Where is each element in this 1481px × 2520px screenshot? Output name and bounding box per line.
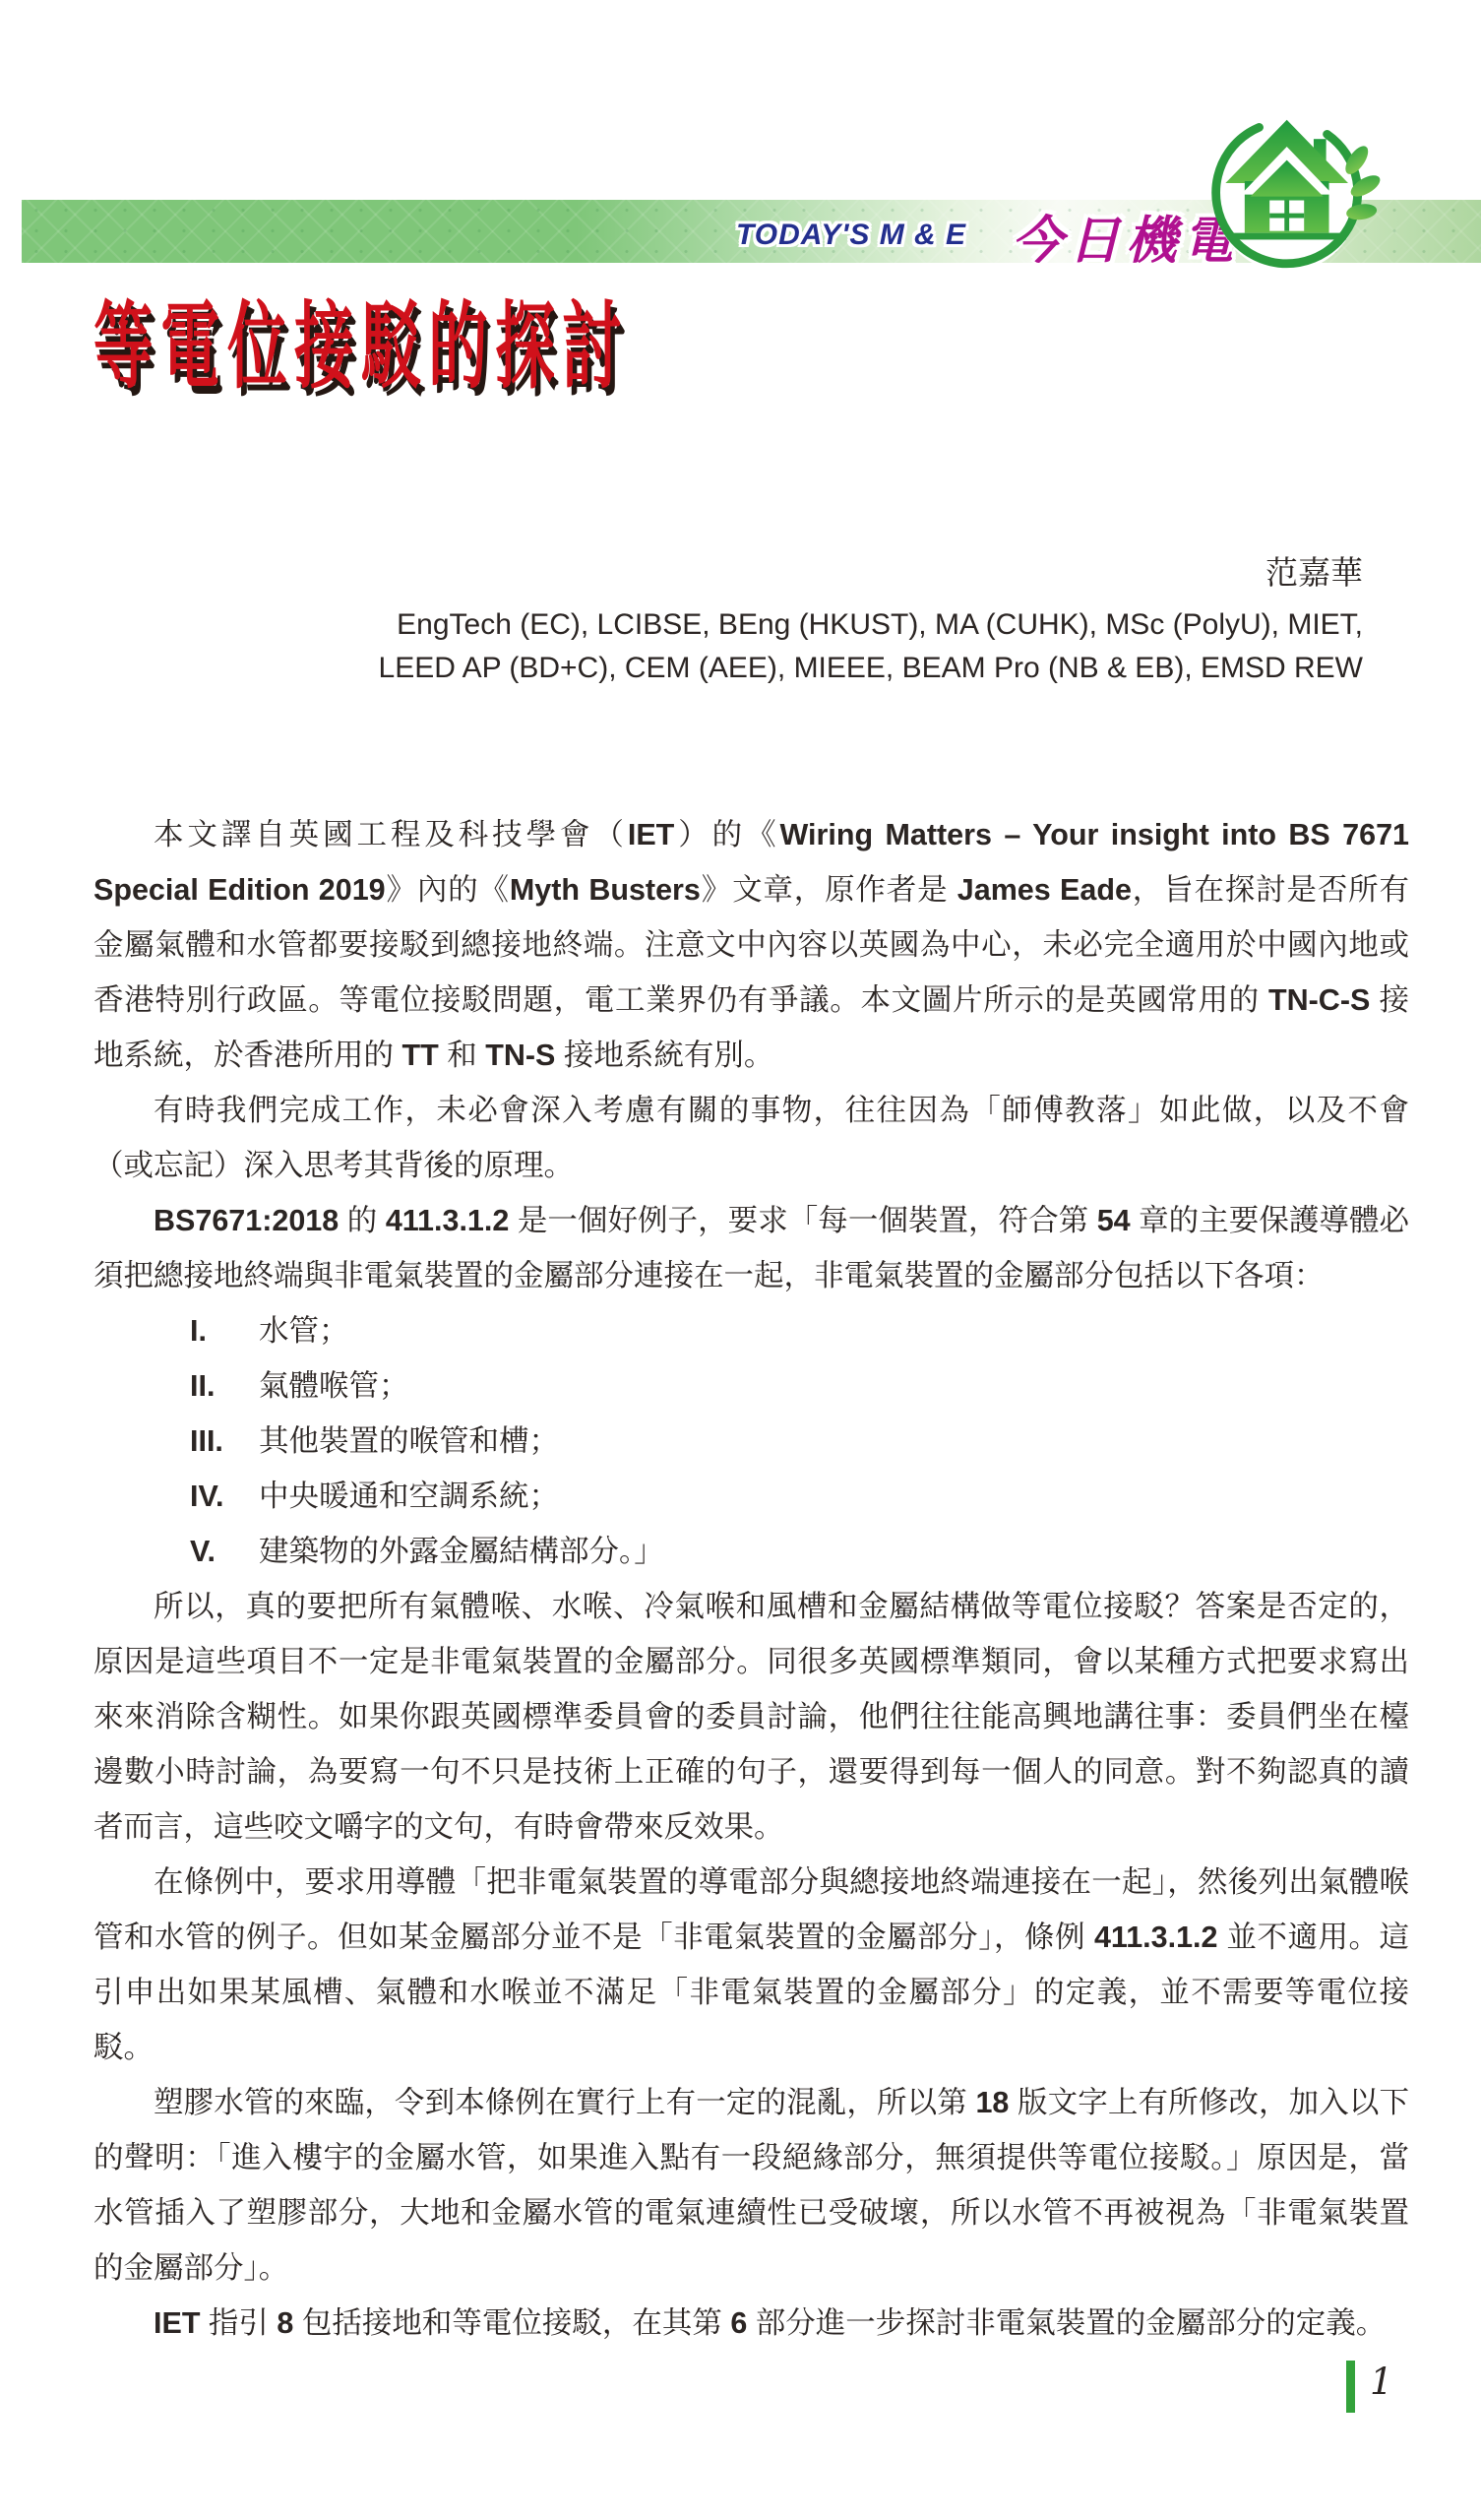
list-item-numeral: II. [190,1358,259,1414]
eco-house-logo-icon [1203,85,1385,282]
magazine-page: TODAY'S M & E 今日機電 [0,0,1481,2520]
paragraph: BS7671:2018 的 411.3.1.2 是一個好例子，要求「每一個裝置，… [93,1193,1409,1303]
list-item-text: 其他裝置的喉管和槽； [259,1414,559,1469]
list-item: II.氣體喉管； [93,1358,1409,1414]
paragraph: IET 指引 8 包括接地和等電位接駁，在其第 6 部分進一步探討非電氣裝置的金… [93,2296,1409,2351]
author-credentials-line1: EngTech (EC), LCIBSE, BEng (HKUST), MA (… [379,603,1363,647]
article-title: 等電位接駁的探討 [93,287,629,406]
list-item-numeral: III. [190,1414,259,1469]
author-credentials-line2: LEED AP (BD+C), CEM (AEE), MIEEE, BEAM P… [379,647,1363,690]
list-item-text: 建築物的外露金屬結構部分。」 [259,1524,664,1579]
page-number: 1 [1370,2361,1393,2403]
list-item-text: 水管； [259,1303,349,1358]
author-name: 范嘉華 [379,547,1363,594]
paragraph: 在條例中，要求用導體「把非電氣裝置的導電部分與總接地終端連接在一起」，然後列出氣… [93,1855,1409,2075]
list-item-numeral: V. [190,1524,259,1579]
list-item: IV.中央暖通和空調系統； [93,1469,1409,1524]
list-item: I.水管； [93,1303,1409,1358]
article-body: 本文譯自英國工程及科技學會（IET）的《Wiring Matters – You… [93,807,1409,2351]
page-number-accent-bar [1346,2361,1355,2413]
paragraph: 塑膠水管的來臨，令到本條例在實行上有一定的混亂，所以第 18 版文字上有所修改，… [93,2075,1409,2296]
paragraph: 有時我們完成工作，未必會深入考慮有關的事物，往往因為「師傅教落」如此做，以及不會… [93,1083,1409,1193]
list-item-text: 中央暖通和空調系統； [259,1469,559,1524]
list-item: III.其他裝置的喉管和槽； [93,1414,1409,1469]
list-item-text: 氣體喉管； [259,1358,409,1414]
brand-name-english: TODAY'S M & E [736,219,966,252]
list-item-numeral: I. [190,1303,259,1358]
paragraph: 所以，真的要把所有氣體喉、水喉、冷氣喉和風槽和金屬結構做等電位接駁？答案是否定的… [93,1579,1409,1855]
list-item: V.建築物的外露金屬結構部分。」 [93,1524,1409,1579]
paragraph: 本文譯自英國工程及科技學會（IET）的《Wiring Matters – You… [93,807,1409,1083]
author-block: 范嘉華 EngTech (EC), LCIBSE, BEng (HKUST), … [379,547,1363,690]
list-item-numeral: IV. [190,1469,259,1524]
